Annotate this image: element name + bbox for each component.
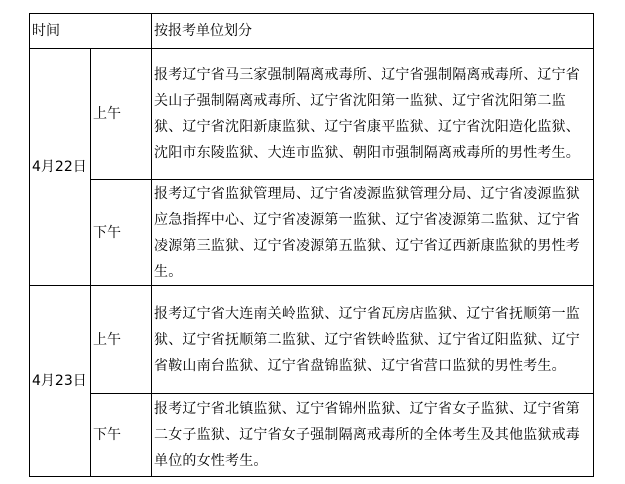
table-row: 4月22日 上午 报考辽宁省马三家强制隔离戒毒所、辽宁省强制隔离戒毒所、辽宁省关…: [30, 49, 594, 180]
units-cell: 报考辽宁省北镇监狱、辽宁省锦州监狱、辽宁省女子监狱、辽宁省第二女子监狱、辽宁省女…: [152, 394, 594, 477]
units-cell: 报考辽宁省马三家强制隔离戒毒所、辽宁省强制隔离戒毒所、辽宁省关山子强制隔离戒毒所…: [152, 49, 594, 180]
period-cell: 上午: [91, 286, 152, 394]
header-time: 时间: [30, 14, 152, 49]
header-row: 时间 按报考单位划分: [30, 14, 594, 49]
table-row: 下午 报考辽宁省监狱管理局、辽宁省凌源监狱管理分局、辽宁省凌源监狱应急指挥中心、…: [30, 180, 594, 286]
units-cell: 报考辽宁省监狱管理局、辽宁省凌源监狱管理分局、辽宁省凌源监狱应急指挥中心、辽宁省…: [152, 180, 594, 286]
date-cell: 4月23日: [30, 286, 91, 477]
units-cell: 报考辽宁省大连南关岭监狱、辽宁省瓦房店监狱、辽宁省抚顺第一监狱、辽宁省抚顺第二监…: [152, 286, 594, 394]
table-row: 4月23日 上午 报考辽宁省大连南关岭监狱、辽宁省瓦房店监狱、辽宁省抚顺第一监狱…: [30, 286, 594, 394]
header-units: 按报考单位划分: [152, 14, 594, 49]
period-cell: 下午: [91, 394, 152, 477]
date-cell: 4月22日: [30, 49, 91, 286]
exam-schedule-table: 时间 按报考单位划分 4月22日 上午 报考辽宁省马三家强制隔离戒毒所、辽宁省强…: [29, 13, 594, 477]
period-cell: 下午: [91, 180, 152, 286]
period-cell: 上午: [91, 49, 152, 180]
table-row: 下午 报考辽宁省北镇监狱、辽宁省锦州监狱、辽宁省女子监狱、辽宁省第二女子监狱、辽…: [30, 394, 594, 477]
